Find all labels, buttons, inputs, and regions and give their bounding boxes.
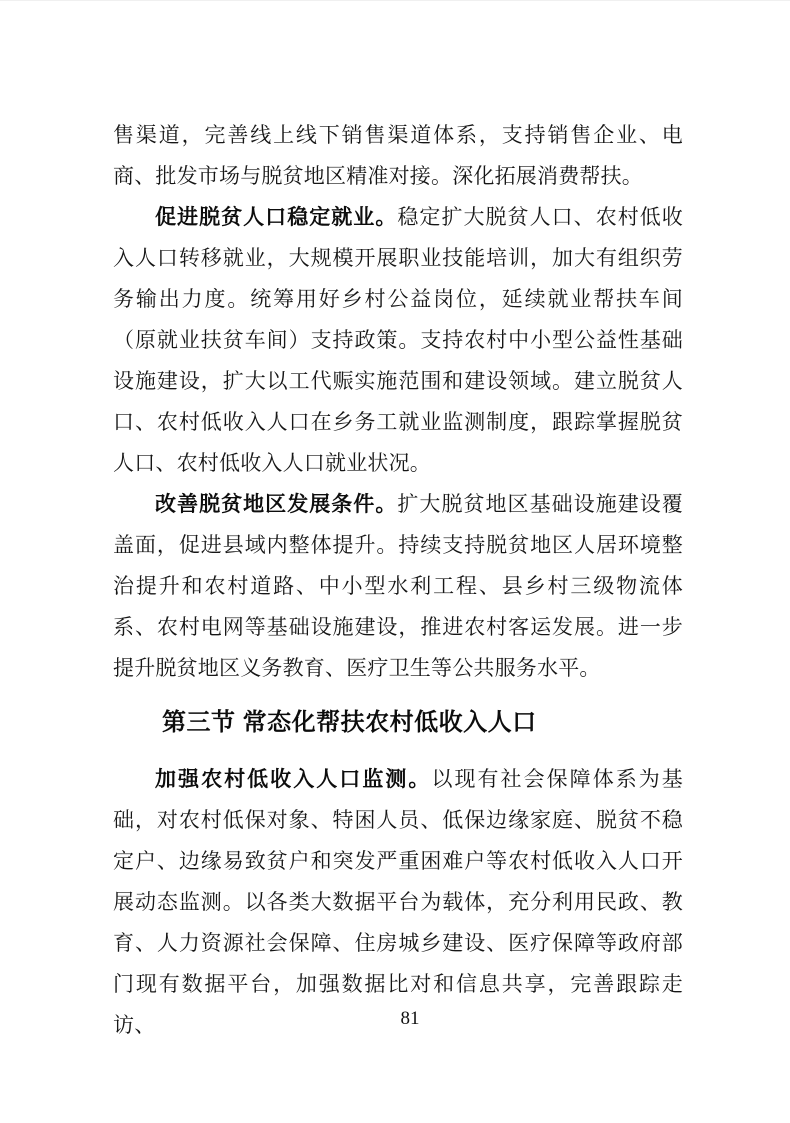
paragraph-income-monitoring: 加强农村低收入人口监测。以现有社会保障体系为基础，对农村低保对象、特困人员、低保… — [113, 759, 683, 1046]
paragraph-text: 扩大脱贫地区基础设施建设覆盖面，促进县域内整体提升。持续支持脱贫地区人居环境整治… — [113, 492, 683, 680]
paragraph-sales-channels-continuation: 售渠道，完善线上线下销售渠道体系，支持销售企业、电商、批发市场与脱贫地区精准对接… — [113, 115, 683, 197]
page-number: 81 — [401, 1007, 420, 1031]
paragraph-stable-employment: 促进脱贫人口稳定就业。稳定扩大脱贫人口、农村低收入人口转移就业，大规模开展职业技… — [113, 197, 683, 484]
paragraph-text: 以现有社会保障体系为基础，对农村低保对象、特困人员、低保边缘家庭、脱贫不稳定户、… — [113, 767, 683, 1037]
paragraph-text: 稳定扩大脱贫人口、农村低收入人口转移就业，大规模开展职业技能培训，加大有组织劳务… — [113, 205, 683, 475]
page-footer: 81 — [0, 1007, 790, 1031]
document-page: 售渠道，完善线上线下销售渠道体系，支持销售企业、电商、批发市场与脱贫地区精准对接… — [0, 0, 790, 1123]
paragraph-development-conditions: 改善脱贫地区发展条件。扩大脱贫地区基础设施建设覆盖面，促进县域内整体提升。持续支… — [113, 484, 683, 689]
text-column: 售渠道，完善线上线下销售渠道体系，支持销售企业、电商、批发市场与脱贫地区精准对接… — [113, 115, 683, 1046]
paragraph-bold-lead: 促进脱贫人口稳定就业。 — [155, 205, 397, 229]
paragraph-text: 售渠道，完善线上线下销售渠道体系，支持销售企业、电商、批发市场与脱贫地区精准对接… — [113, 123, 683, 188]
paragraph-bold-lead: 加强农村低收入人口监测。 — [155, 767, 431, 791]
section-heading: 第三节 常态化帮扶农村低收入人口 — [113, 702, 683, 743]
paragraph-bold-lead: 改善脱贫地区发展条件。 — [155, 492, 397, 516]
